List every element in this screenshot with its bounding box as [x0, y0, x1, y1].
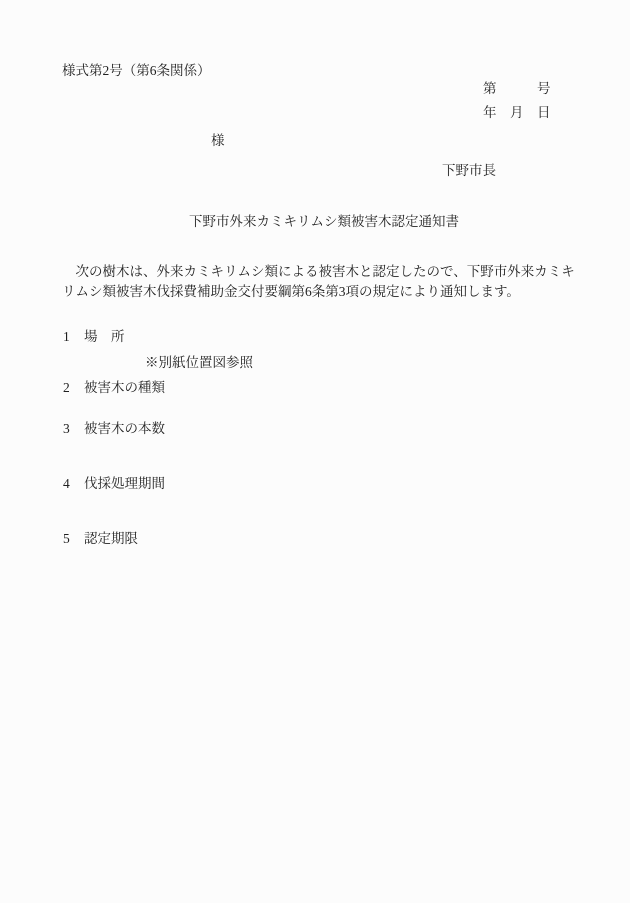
- list-item-tree-count: 3 被害木の本数: [63, 421, 165, 437]
- location-map-note: ※別紙位置図参照: [145, 355, 253, 371]
- item-label: 被害木の種類: [84, 380, 165, 396]
- form-number: 様式第2号（第6条関係）: [62, 63, 211, 79]
- item-label: 場 所: [84, 329, 125, 345]
- addressee-suffix: 様: [211, 133, 225, 149]
- sender-title: 下野市長: [442, 163, 496, 179]
- item-number: 2: [63, 380, 84, 396]
- item-number: 3: [63, 421, 84, 437]
- list-item-tree-type: 2 被害木の種類: [63, 380, 165, 396]
- item-label: 被害木の本数: [84, 421, 165, 437]
- item-number: 1: [63, 329, 84, 345]
- item-number: 4: [63, 476, 84, 492]
- document-title: 下野市外来カミキリムシ類被害木認定通知書: [20, 214, 628, 230]
- item-label: 認定期限: [84, 531, 138, 547]
- document-number-placeholder: 第 号: [483, 81, 551, 97]
- document-page: 様式第2号（第6条関係） 第 号 年 月 日 様 下野市長 下野市外来カミキリム…: [0, 0, 630, 903]
- item-label: 伐採処理期間: [84, 476, 165, 492]
- item-number: 5: [63, 531, 84, 547]
- body-paragraph-line-2: リムシ類被害木伐採費補助金交付要綱第6条第3項の規定により通知します。: [62, 284, 520, 300]
- date-placeholder: 年 月 日: [483, 105, 551, 121]
- body-paragraph-line-1: 次の樹木は、外来カミキリムシ類による被害木と認定したので、下野市外来カミキ: [62, 264, 575, 280]
- list-item-felling-period: 4 伐採処理期間: [63, 476, 165, 492]
- list-item-location: 1 場 所: [63, 329, 125, 345]
- list-item-certification-deadline: 5 認定期限: [63, 531, 138, 547]
